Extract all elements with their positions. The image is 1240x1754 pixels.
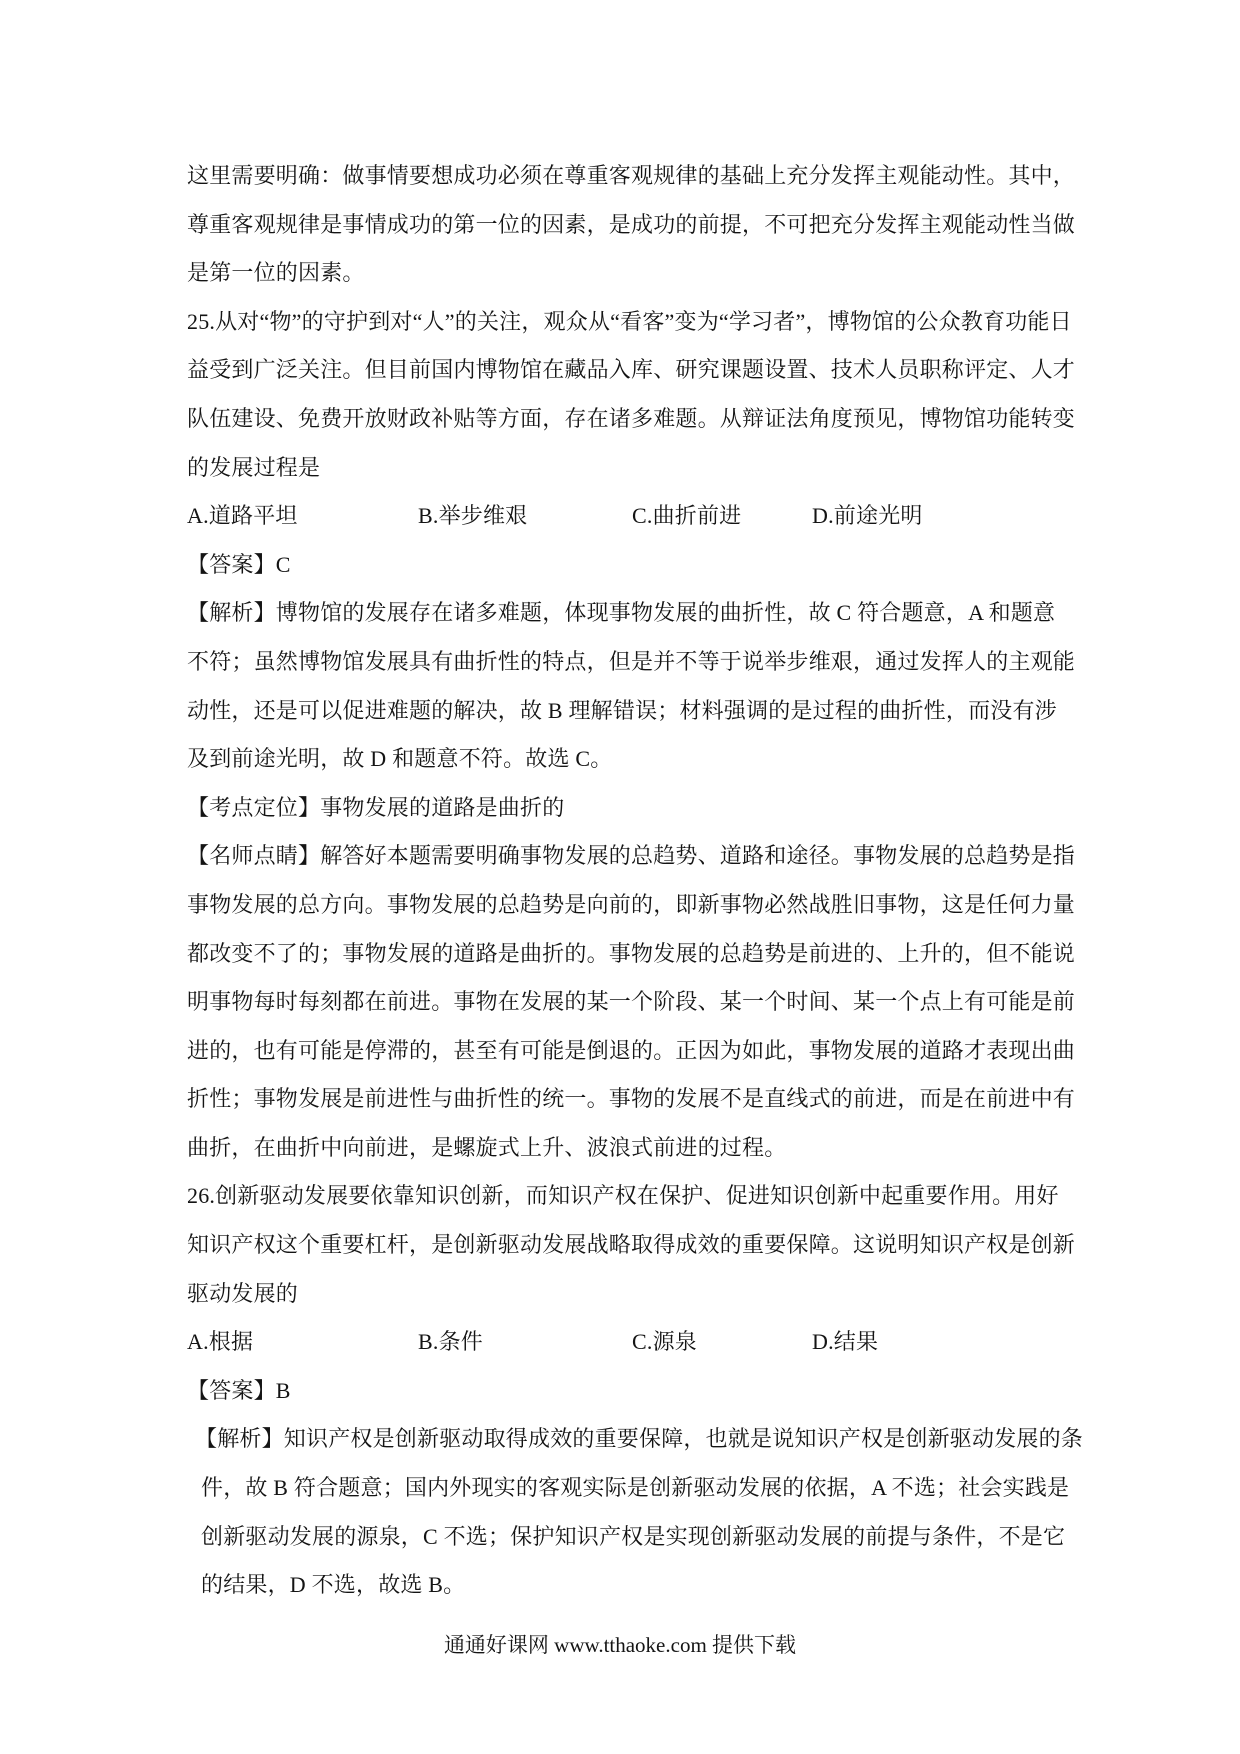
document-page: 这里需要明确：做事情要想成功必须在尊重客观规律的基础上充分发挥主观能动性。其中，… — [0, 0, 1240, 1754]
option-item: A.根据 — [187, 1318, 253, 1367]
text-line: 【答案】B — [187, 1367, 1112, 1416]
document-body: 这里需要明确：做事情要想成功必须在尊重客观规律的基础上充分发挥主观能动性。其中，… — [187, 152, 1112, 1610]
text-line: 创新驱动发展的源泉，C 不选；保护知识产权是实现创新驱动发展的前提与条件，不是它 — [187, 1513, 1112, 1562]
option-item: D.前途光明 — [812, 492, 923, 541]
text-line: 队伍建设、免费开放财政补贴等方面，存在诸多难题。从辩证法角度预见，博物馆功能转变 — [187, 395, 1112, 444]
option-item: A.道路平坦 — [187, 492, 298, 541]
text-line: 明事物每时每刻都在前进。事物在发展的某一个阶段、某一个时间、某一个点上有可能是前 — [187, 978, 1112, 1027]
text-line: 知识产权这个重要杠杆，是创新驱动发展战略取得成效的重要保障。这说明知识产权是创新 — [187, 1221, 1112, 1270]
text-line: 【解析】博物馆的发展存在诸多难题，体现事物发展的曲折性，故 C 符合题意，A 和… — [187, 589, 1112, 638]
text-line: 是第一位的因素。 — [187, 249, 1112, 298]
text-line: 尊重客观规律是事情成功的第一位的因素，是成功的前提，不可把充分发挥主观能动性当做 — [187, 201, 1112, 250]
option-item: D.结果 — [812, 1318, 878, 1367]
text-line: 【解析】知识产权是创新驱动取得成效的重要保障，也就是说知识产权是创新驱动发展的条 — [187, 1415, 1112, 1464]
option-item: C.源泉 — [632, 1318, 697, 1367]
options-row: A.道路平坦B.举步维艰C.曲折前进D.前途光明 — [187, 492, 1112, 541]
text-line: 及到前途光明，故 D 和题意不符。故选 C。 — [187, 735, 1112, 784]
text-line: 【名师点睛】解答好本题需要明确事物发展的总趋势、道路和途径。事物发展的总趋势是指 — [187, 832, 1112, 881]
text-line: 不符；虽然博物馆发展具有曲折性的特点，但是并不等于说举步维艰，通过发挥人的主观能 — [187, 638, 1112, 687]
text-line: 动性，还是可以促进难题的解决，故 B 理解错误；材料强调的是过程的曲折性，而没有… — [187, 687, 1112, 736]
text-line: 折性；事物发展是前进性与曲折性的统一。事物的发展不是直线式的前进，而是在前进中有 — [187, 1075, 1112, 1124]
text-line: 25.从对“物”的守护到对“人”的关注，观众从“看客”变为“学习者”，博物馆的公… — [187, 298, 1112, 347]
option-item: B.举步维艰 — [418, 492, 527, 541]
footer-text: 通通好课网 www.tthaoke.com 提供下载 — [444, 1633, 796, 1657]
option-item: C.曲折前进 — [632, 492, 741, 541]
text-line: 的发展过程是 — [187, 444, 1112, 493]
text-line: 【考点定位】事物发展的道路是曲折的 — [187, 784, 1112, 833]
options-row: A.根据B.条件C.源泉D.结果 — [187, 1318, 1112, 1367]
text-line: 事物发展的总方向。事物发展的总趋势是向前的，即新事物必然战胜旧事物，这是任何力量 — [187, 881, 1112, 930]
text-line: 进的，也有可能是停滞的，甚至有可能是倒退的。正因为如此，事物发展的道路才表现出曲 — [187, 1027, 1112, 1076]
text-line: 曲折，在曲折中向前进，是螺旋式上升、波浪式前进的过程。 — [187, 1124, 1112, 1173]
text-line: 益受到广泛关注。但目前国内博物馆在藏品入库、研究课题设置、技术人员职称评定、人才 — [187, 346, 1112, 395]
text-line: 的结果，D 不选，故选 B。 — [187, 1561, 1112, 1610]
text-line: 件，故 B 符合题意；国内外现实的客观实际是创新驱动发展的依据，A 不选；社会实… — [187, 1464, 1112, 1513]
text-line: 驱动发展的 — [187, 1270, 1112, 1319]
option-item: B.条件 — [418, 1318, 483, 1367]
text-line: 【答案】C — [187, 541, 1112, 590]
text-line: 这里需要明确：做事情要想成功必须在尊重客观规律的基础上充分发挥主观能动性。其中， — [187, 152, 1112, 201]
page-footer: 通通好课网 www.tthaoke.com 提供下载 — [0, 1621, 1240, 1669]
text-line: 都改变不了的；事物发展的道路是曲折的。事物发展的总趋势是前进的、上升的，但不能说 — [187, 930, 1112, 979]
text-line: 26.创新驱动发展要依靠知识创新，而知识产权在保护、促进知识创新中起重要作用。用… — [187, 1172, 1112, 1221]
